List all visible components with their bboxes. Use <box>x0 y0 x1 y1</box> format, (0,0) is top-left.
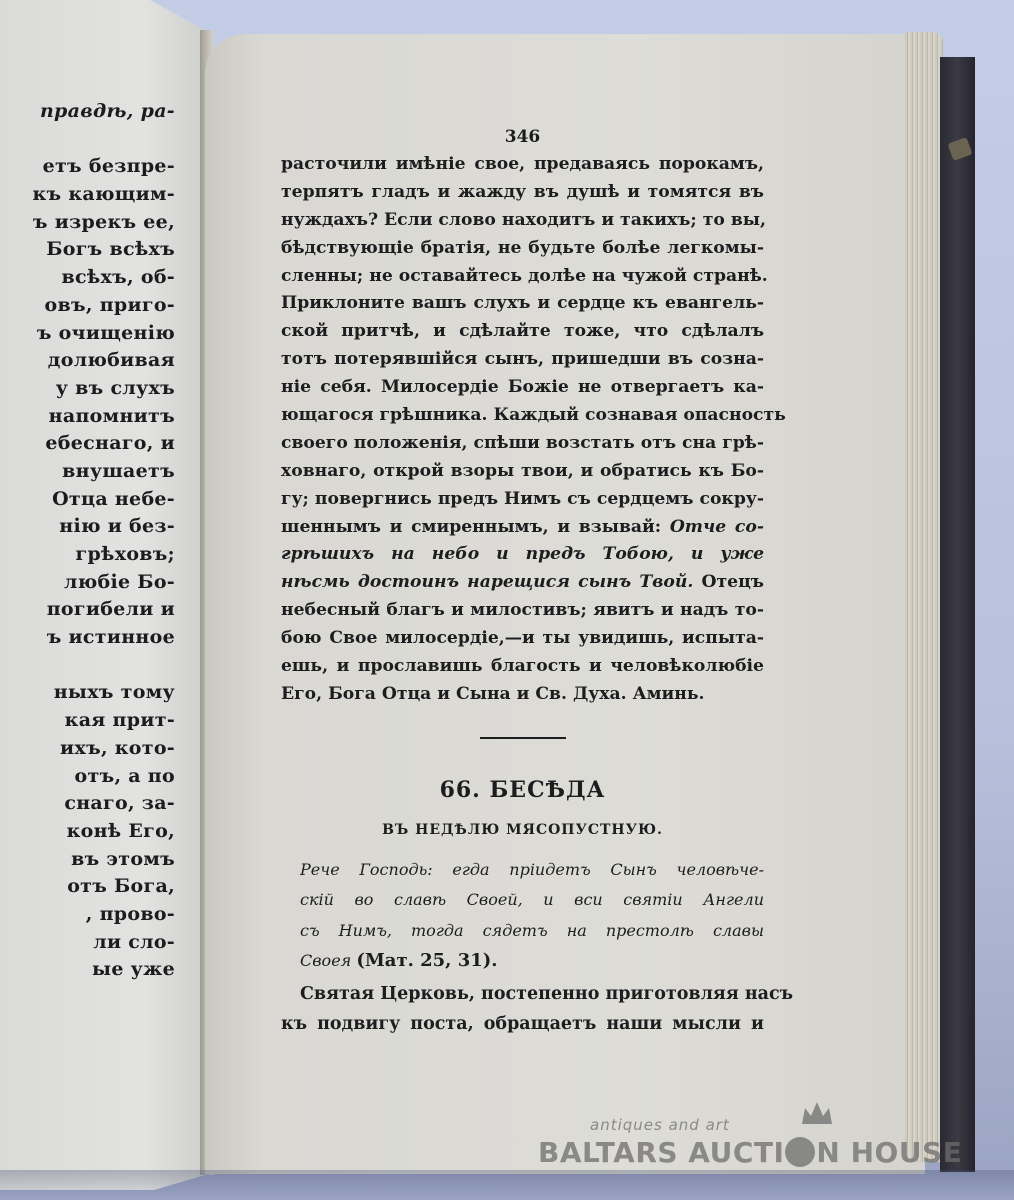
scripture-reference: (Мат. 25, 31). <box>356 950 497 971</box>
text-plain: Отецъ <box>693 572 764 592</box>
scripture-quote: грѣшихъ на небо и предъ Тобою, и уже <box>281 544 764 564</box>
watermark-logo-o <box>785 1137 815 1167</box>
table-shadow <box>0 1170 1014 1200</box>
epigraph-line: скій во славѣ Своей, и вси святіи Ангели <box>300 885 764 916</box>
scripture-quote: нѣсмь достоинъ нарещися сынъ Твой. <box>281 572 693 592</box>
left-page-line: отъ, а по <box>0 763 175 791</box>
text-line: бою Свое милосердіе,—и ты увидишь, испыт… <box>281 625 764 653</box>
epigraph: Рече Господь: егда пріидетъ Сынъ человѣч… <box>300 855 764 977</box>
left-page-line: долюбивая <box>0 347 175 375</box>
epigraph-line: Рече Господь: егда пріидетъ Сынъ человѣч… <box>300 855 764 886</box>
left-page-line: , прово- <box>0 901 175 929</box>
text-line: Его, Бога Отца и Сына и Св. Духа. Аминь. <box>281 681 764 709</box>
epigraph-text: Своея <box>300 951 356 970</box>
left-page-line: ныхъ тому <box>0 679 175 707</box>
text-line: бѣдствующіе братія, не будьте болѣе легк… <box>281 235 764 263</box>
left-page-line: погибели и <box>0 596 175 624</box>
watermark-name-part1: BALTARS AUCTI <box>538 1136 784 1169</box>
body-text: расточили имѣніе свое, предаваясь порока… <box>281 151 764 709</box>
text-line: терпятъ гладъ и жажду въ душѣ и томятся … <box>281 179 764 207</box>
left-page-line <box>0 652 175 680</box>
text-line: ской притчѣ, и сдѣлайте тоже, что сдѣлал… <box>281 318 764 346</box>
section-heading: 66. БЕСѢДА <box>281 775 764 805</box>
text-line: нуждахъ? Если слово находитъ и такихъ; т… <box>281 207 764 235</box>
left-page-line: любіе Бо- <box>0 569 175 597</box>
left-page-line: въ этомъ <box>0 846 175 874</box>
paragraph: Святая Церковь, постепенно приготовляя н… <box>281 979 764 1039</box>
left-page-line: внушаетъ <box>0 458 175 486</box>
left-page-line: овъ, приго- <box>0 292 175 320</box>
text-line: Приклоните вашъ слухъ и сердце къ еванге… <box>281 290 764 318</box>
scripture-quote: Отче со- <box>670 517 764 537</box>
text-line: гу; повергнись предъ Нимъ съ сердцемъ со… <box>281 486 764 514</box>
epigraph-line: Своея (Мат. 25, 31). <box>300 946 764 977</box>
left-page-line: у въ слухъ <box>0 375 175 403</box>
left-page-line: ихъ, кото- <box>0 735 175 763</box>
book-cover-edge <box>940 57 975 1172</box>
section-subheading: ВЪ НЕДѢЛЮ МЯСОПУСТНУЮ. <box>281 819 764 841</box>
left-page-line: грѣховъ; <box>0 541 175 569</box>
text-line: ющагося грѣшника. Каждый сознавая опасно… <box>281 402 764 430</box>
text-line: шеннымъ и смиреннымъ, и взывай: Отче со- <box>281 514 764 542</box>
right-page-content: 346 расточили имѣніе свое, предаваясь по… <box>281 123 764 1039</box>
section-divider <box>480 737 566 739</box>
watermark-tagline: antiques and art <box>590 1116 730 1134</box>
left-page-line: етъ безпре- <box>0 153 175 181</box>
left-page-line: къ кающим- <box>0 181 175 209</box>
left-page-line: снаго, за- <box>0 790 175 818</box>
left-page-line: конѣ Его, <box>0 818 175 846</box>
left-page-line: отъ Бога, <box>0 873 175 901</box>
epigraph-line: съ Нимъ, тогда сядетъ на престолѣ славы <box>300 916 764 947</box>
crown-icon <box>800 1100 834 1126</box>
text-line: нѣсмь достоинъ нарещися сынъ Твой. Отецъ <box>281 569 764 597</box>
text-line: ніе себя. Милосердіе Божіе не отвергаетъ… <box>281 374 764 402</box>
left-page-text: правдѣ, ра-етъ безпре-къ кающим-ъ изрекъ… <box>0 98 175 984</box>
left-page-line: всѣхъ, об- <box>0 264 175 292</box>
text-line: своего положенія, спѣши возстать отъ сна… <box>281 430 764 458</box>
text-line: небесный благъ и милостивъ; явитъ и надъ… <box>281 597 764 625</box>
watermark-name-part2: N HOUSE <box>816 1136 962 1169</box>
watermark-name: BALTARS AUCTIN HOUSE <box>538 1136 962 1169</box>
left-page-line: напомнитъ <box>0 403 175 431</box>
left-page-line: ебеснаго, и <box>0 430 175 458</box>
text-line: ховнаго, открой взоры твои, и обратись к… <box>281 458 764 486</box>
left-page-line: ли сло- <box>0 929 175 957</box>
paragraph-line: Святая Церковь, постепенно приготовляя н… <box>281 979 764 1009</box>
paragraph-line: къ подвигу поста, обращаетъ наши мысли и <box>281 1009 764 1039</box>
page-number: 346 <box>281 123 764 151</box>
text-plain: шеннымъ и смиреннымъ, и взывай: <box>281 517 670 537</box>
text-line: тотъ потерявшійся сынъ, пришедши въ созн… <box>281 346 764 374</box>
left-page-line: нію и без- <box>0 513 175 541</box>
page-edges <box>905 32 943 1162</box>
text-line: расточили имѣніе свое, предаваясь порока… <box>281 151 764 179</box>
left-page-line: ъ очищенію <box>0 320 175 348</box>
left-page-line: правдѣ, ра- <box>0 98 175 126</box>
text-line: ешь, и прославишь благость и человѣколюб… <box>281 653 764 681</box>
left-page-line: кая прит- <box>0 707 175 735</box>
left-page-line: Богъ всѣхъ <box>0 236 175 264</box>
left-page-line: ъ изрекъ ее, <box>0 209 175 237</box>
left-page-line: ъ истинное <box>0 624 175 652</box>
text-line: сленны; не оставайтесь долѣе на чужой ст… <box>281 263 764 291</box>
left-page-line: ые уже <box>0 956 175 984</box>
left-page-line: Отца небе- <box>0 486 175 514</box>
text-line: грѣшихъ на небо и предъ Тобою, и уже <box>281 541 764 569</box>
left-page: правдѣ, ра-етъ безпре-къ кающим-ъ изрекъ… <box>0 0 205 1190</box>
left-page-line <box>0 126 175 154</box>
